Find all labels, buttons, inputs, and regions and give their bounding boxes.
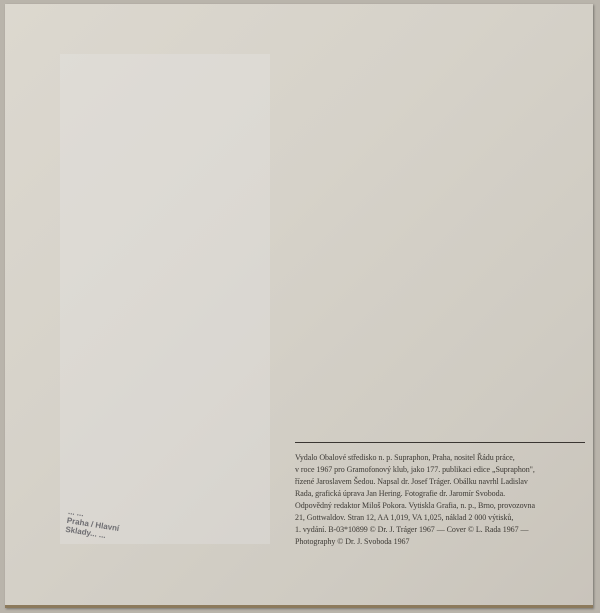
colophon-line: Photography © Dr. J. Svoboda 1967: [295, 536, 587, 548]
colophon-text: Vydalo Obalové středisko n. p. Supraphon…: [295, 452, 587, 548]
colophon-line: Rada, grafická úprava Jan Hering. Fotogr…: [295, 488, 587, 500]
colophon-line: v roce 1967 pro Gramofonový klub, jako 1…: [295, 464, 587, 476]
page-sheet: ... ... Praha / Hlavní Sklady... ... Vyd…: [5, 4, 593, 608]
colophon-line: 1. vydání. B-03*10899 © Dr. J. Tráger 19…: [295, 524, 587, 536]
colophon-line: Odpovědný redaktor Miloš Pokora. Vytiskl…: [295, 500, 587, 512]
colophon-line: Vydalo Obalové středisko n. p. Supraphon…: [295, 452, 587, 464]
colophon-line: 21, Gottwaldov. Stran 12, AA 1,019, VA 1…: [295, 512, 587, 524]
colophon-divider: [295, 442, 585, 443]
colophon-line: řízené Jaroslavem Šedou. Napsal dr. Jose…: [295, 476, 587, 488]
faded-image-area: [60, 54, 270, 544]
